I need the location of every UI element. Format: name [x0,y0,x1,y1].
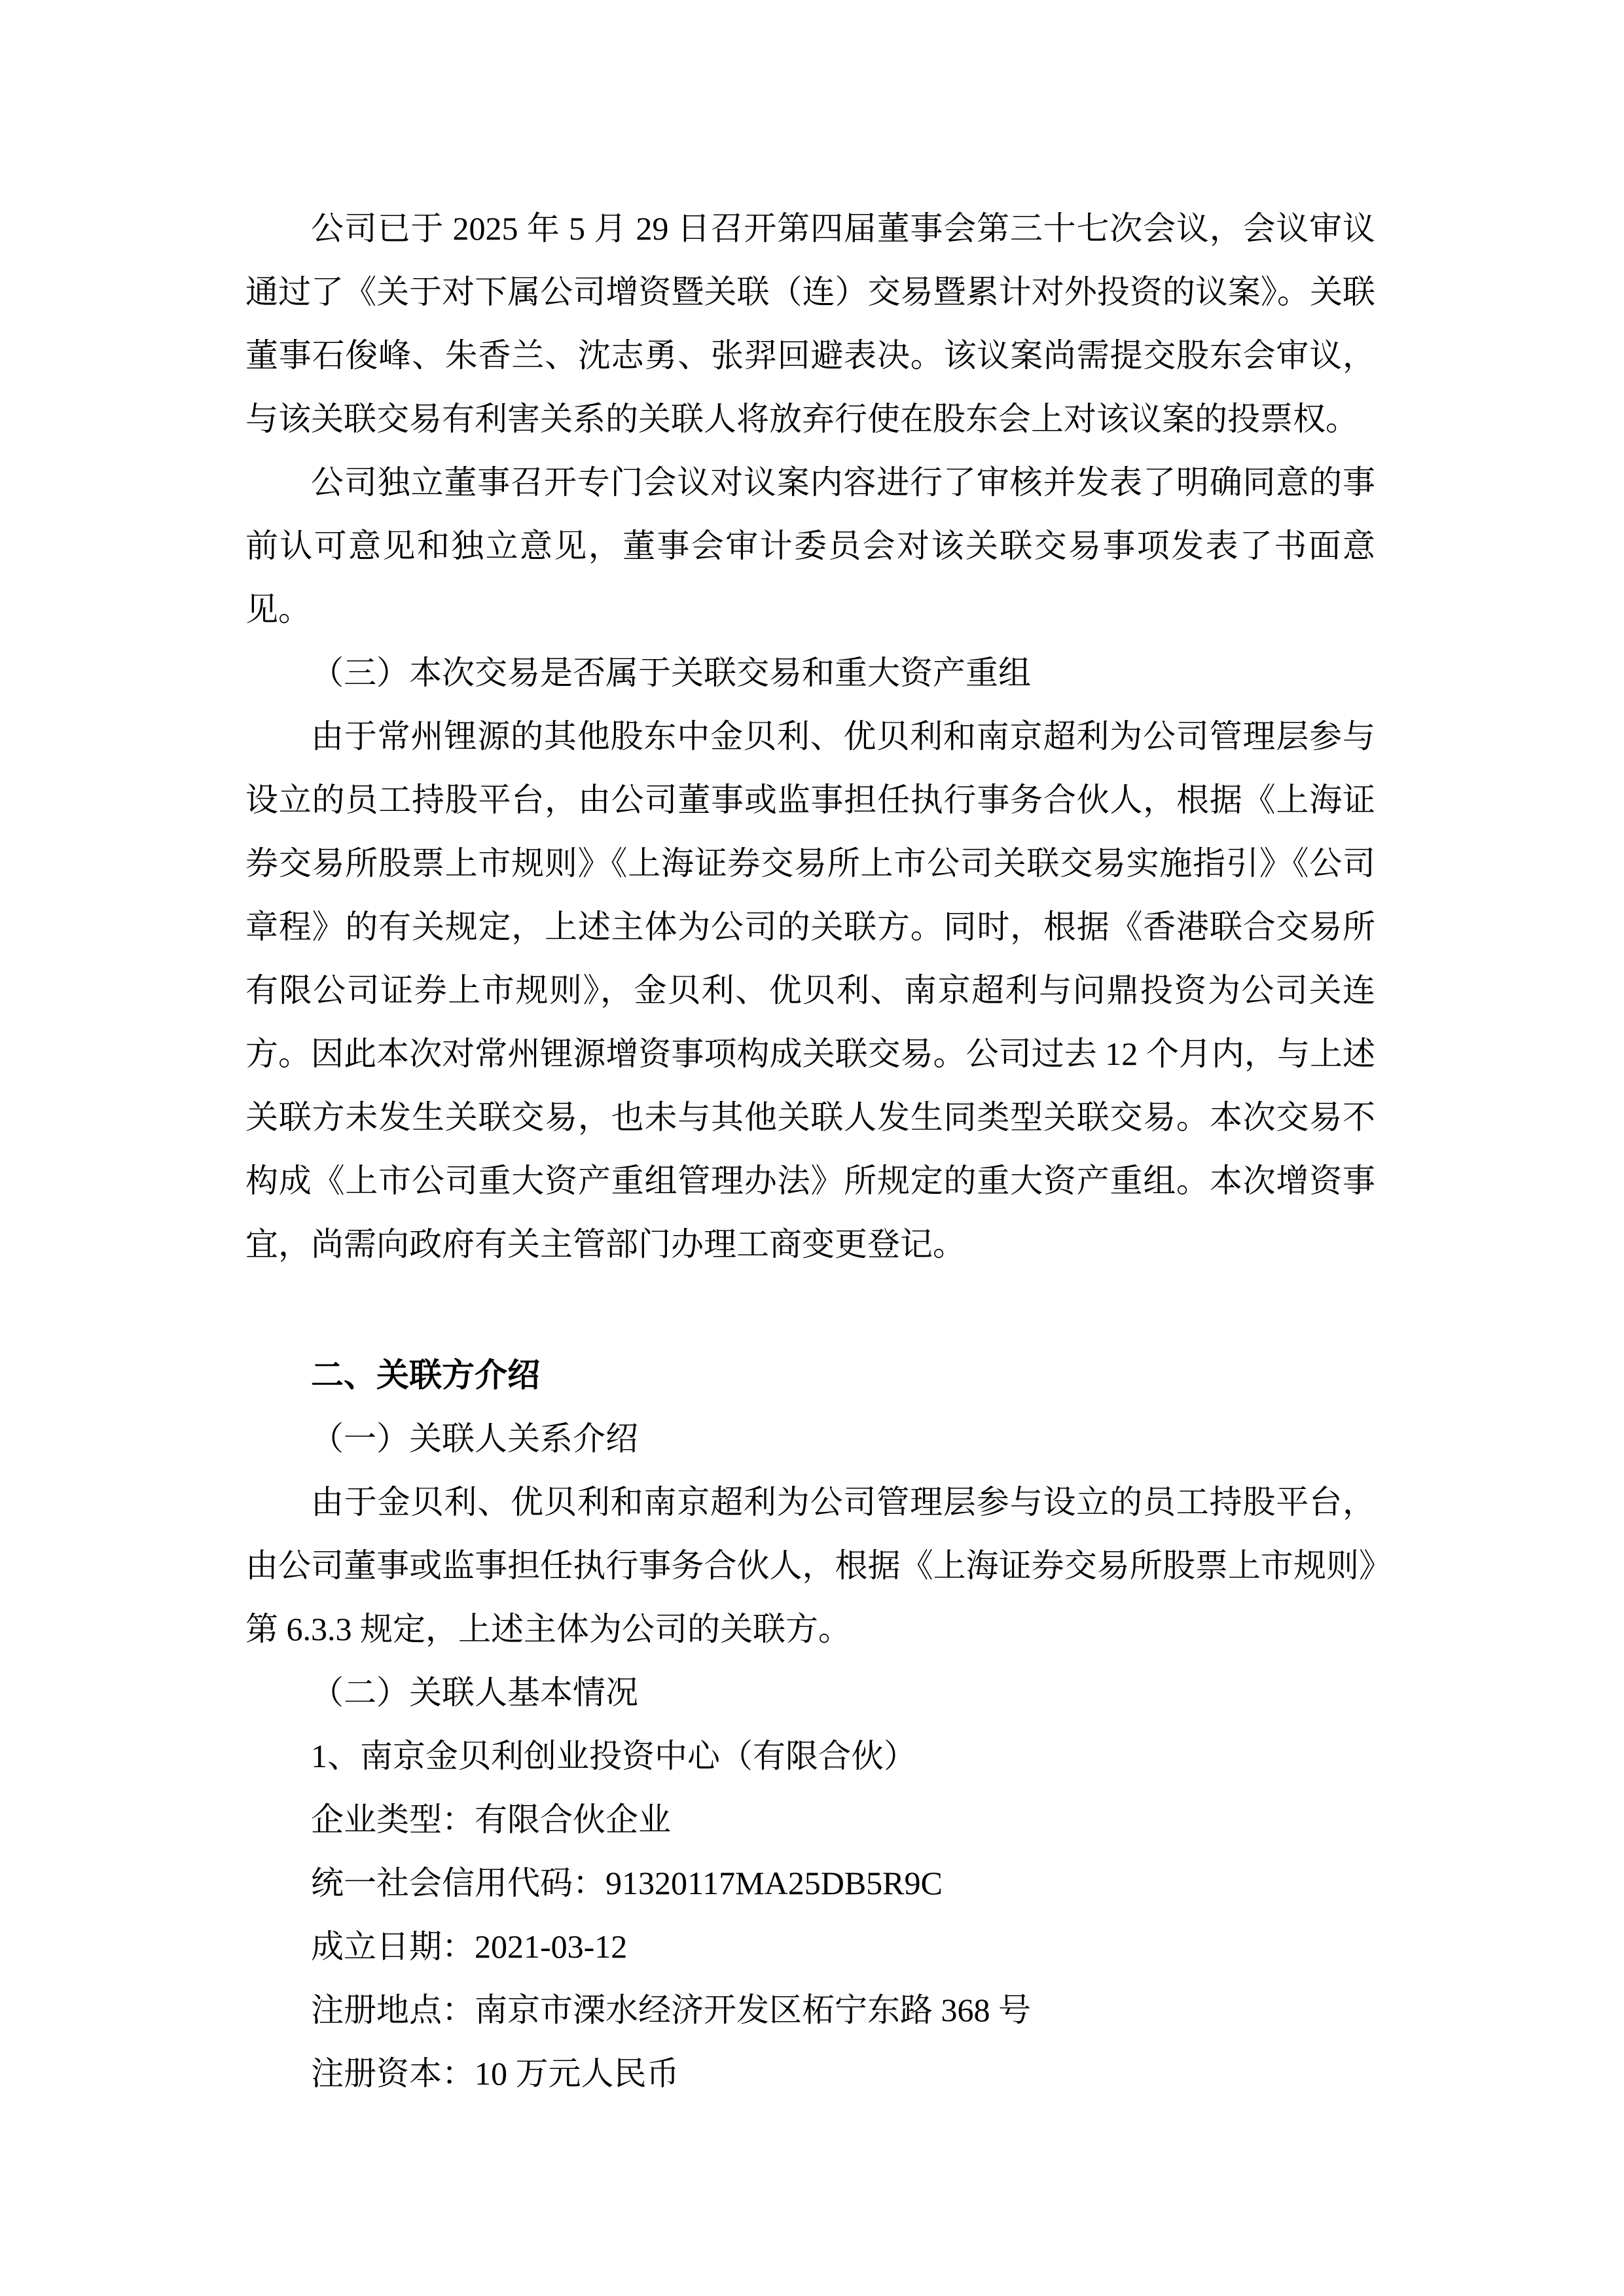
paragraph-relationship-basis: 由于金贝利、优贝利和南京超利为公司管理层参与设立的员工持股平台，由公司董事或监事… [245,1471,1375,1661]
field-registered-address: 注册地点：南京市溧水经济开发区柘宁东路 368 号 [245,1979,1375,2042]
subheading-transaction-classification: （三）本次交易是否属于关联交易和重大资产重组 [245,641,1375,705]
field-registered-capital: 注册资本：10 万元人民币 [245,2042,1375,2106]
subheading-relationship-intro: （一）关联人关系介绍 [245,1407,1375,1471]
field-establishment-date: 成立日期：2021-03-12 [245,1915,1375,1979]
field-enterprise-type: 企业类型：有限合伙企业 [245,1788,1375,1852]
paragraph-board-resolution: 公司已于 2025 年 5 月 29 日召开第四届董事会第三十七次会议，会议审议… [245,197,1375,451]
document-page: 公司已于 2025 年 5 月 29 日召开第四届董事会第三十七次会议，会议审议… [0,0,1624,2296]
list-item-company-name: 1、南京金贝利创业投资中心（有限合伙） [245,1725,1375,1788]
document-body: 公司已于 2025 年 5 月 29 日召开第四届董事会第三十七次会议，会议审议… [245,197,1375,2106]
section-heading-related-parties: 二、关联方介绍 [245,1344,1375,1407]
paragraph-independent-director-opinion: 公司独立董事召开专门会议对议案内容进行了审核并发表了明确同意的事前认可意见和独立… [245,451,1375,641]
subheading-related-party-basic-info: （二）关联人基本情况 [245,1661,1375,1725]
field-unified-credit-code: 统一社会信用代码：91320117MA25DB5R9C [245,1852,1375,1915]
paragraph-related-transaction-analysis: 由于常州锂源的其他股东中金贝利、优贝利和南京超利为公司管理层参与设立的员工持股平… [245,705,1375,1276]
